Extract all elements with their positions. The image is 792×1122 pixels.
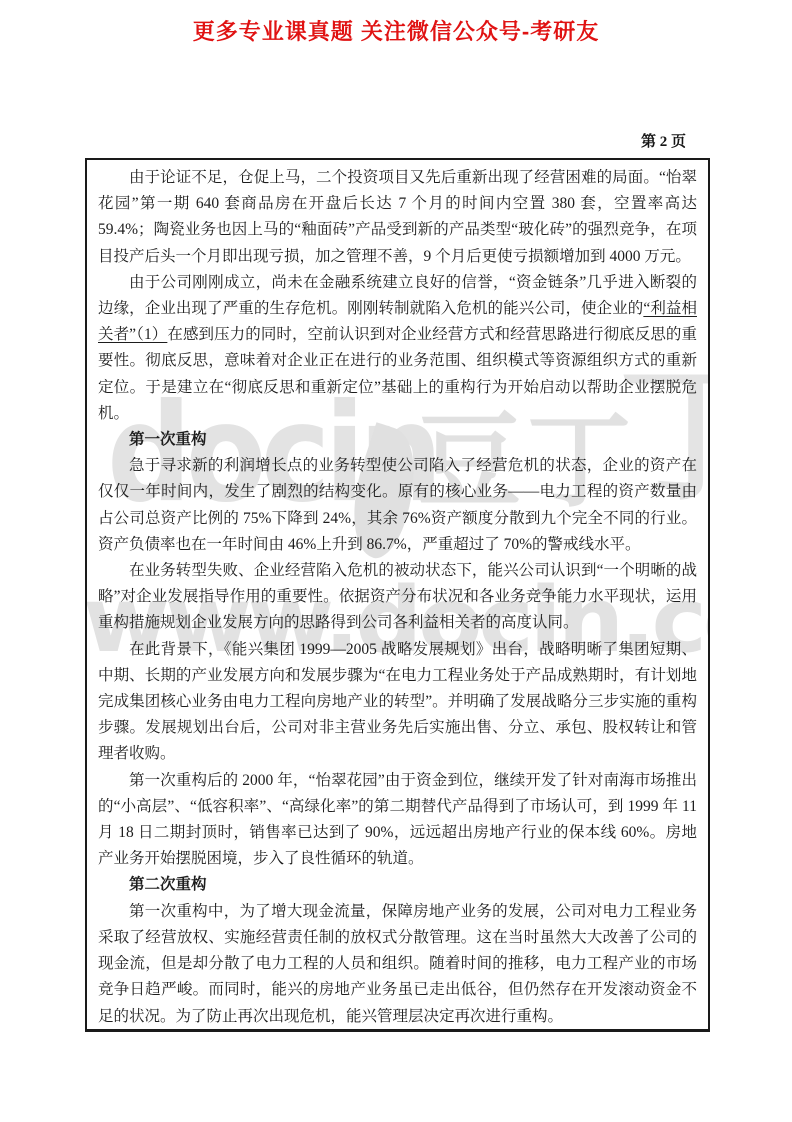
paragraph-garden-sales: 第一次重构后的 2000 年，“怡翠花园”由于资金到位，继续开发了针对南海市场推… — [98, 768, 697, 873]
paragraph-asset-structure: 急于寻求新的利润增长点的业务转型使公司陷入了经营危机的状态，企业的资产在仅仅一年… — [98, 453, 697, 558]
paragraph-clear-strategy: 在业务转型失败、企业经营陷入危机的被动状态下，能兴公司认识到“一个明晰的战略”对… — [98, 558, 697, 637]
paragraph-org-financial-restructuring: 电力工程业务展开的是组织重构以及压缩成本、进一步改善现金流的财务重构。第二次“重… — [98, 1030, 697, 1032]
section-heading-second-restructuring: 第二次重构 — [98, 872, 697, 898]
promo-header-text: 更多专业课真题 关注微信公众号-考研友 — [0, 15, 792, 46]
paragraph-crisis-stakeholders: 由于公司刚刚成立，尚未在金融系统建立良好的信誉，“资金链条”几乎进入断裂的边缘，… — [98, 270, 697, 427]
case-text-box: docin 豆丁 丁 www.docin.com 由于论证不足，仓促上马，二个投… — [85, 158, 710, 1032]
paragraph-2-text-after: 在感到压力的同时，空前认识到对企业经营方式和经营思路进行彻底反思的重要性。彻底反… — [98, 326, 697, 422]
section-heading-first-restructuring: 第一次重构 — [98, 427, 697, 453]
paragraph-intro-projects: 由于论证不足，仓促上马，二个投资项目又先后重新出现了经营困难的局面。“怡翠花园”… — [98, 165, 697, 270]
paragraph-strategic-plan: 在此背景下，《能兴集团 1999—2005 战略发展规划》出台，战略明晰了集团短… — [98, 637, 697, 768]
page-number-label: 第 2 页 — [641, 130, 686, 151]
paragraph-2-text-before: 由于公司刚刚成立，尚未在金融系统建立良好的信誉，“资金链条”几乎进入断裂的边缘，… — [98, 274, 697, 317]
paragraph-decentralized-management: 第一次重构中，为了增大现金流量，保障房地产业务的发展，公司对电力工程业务采取了经… — [98, 899, 697, 1030]
